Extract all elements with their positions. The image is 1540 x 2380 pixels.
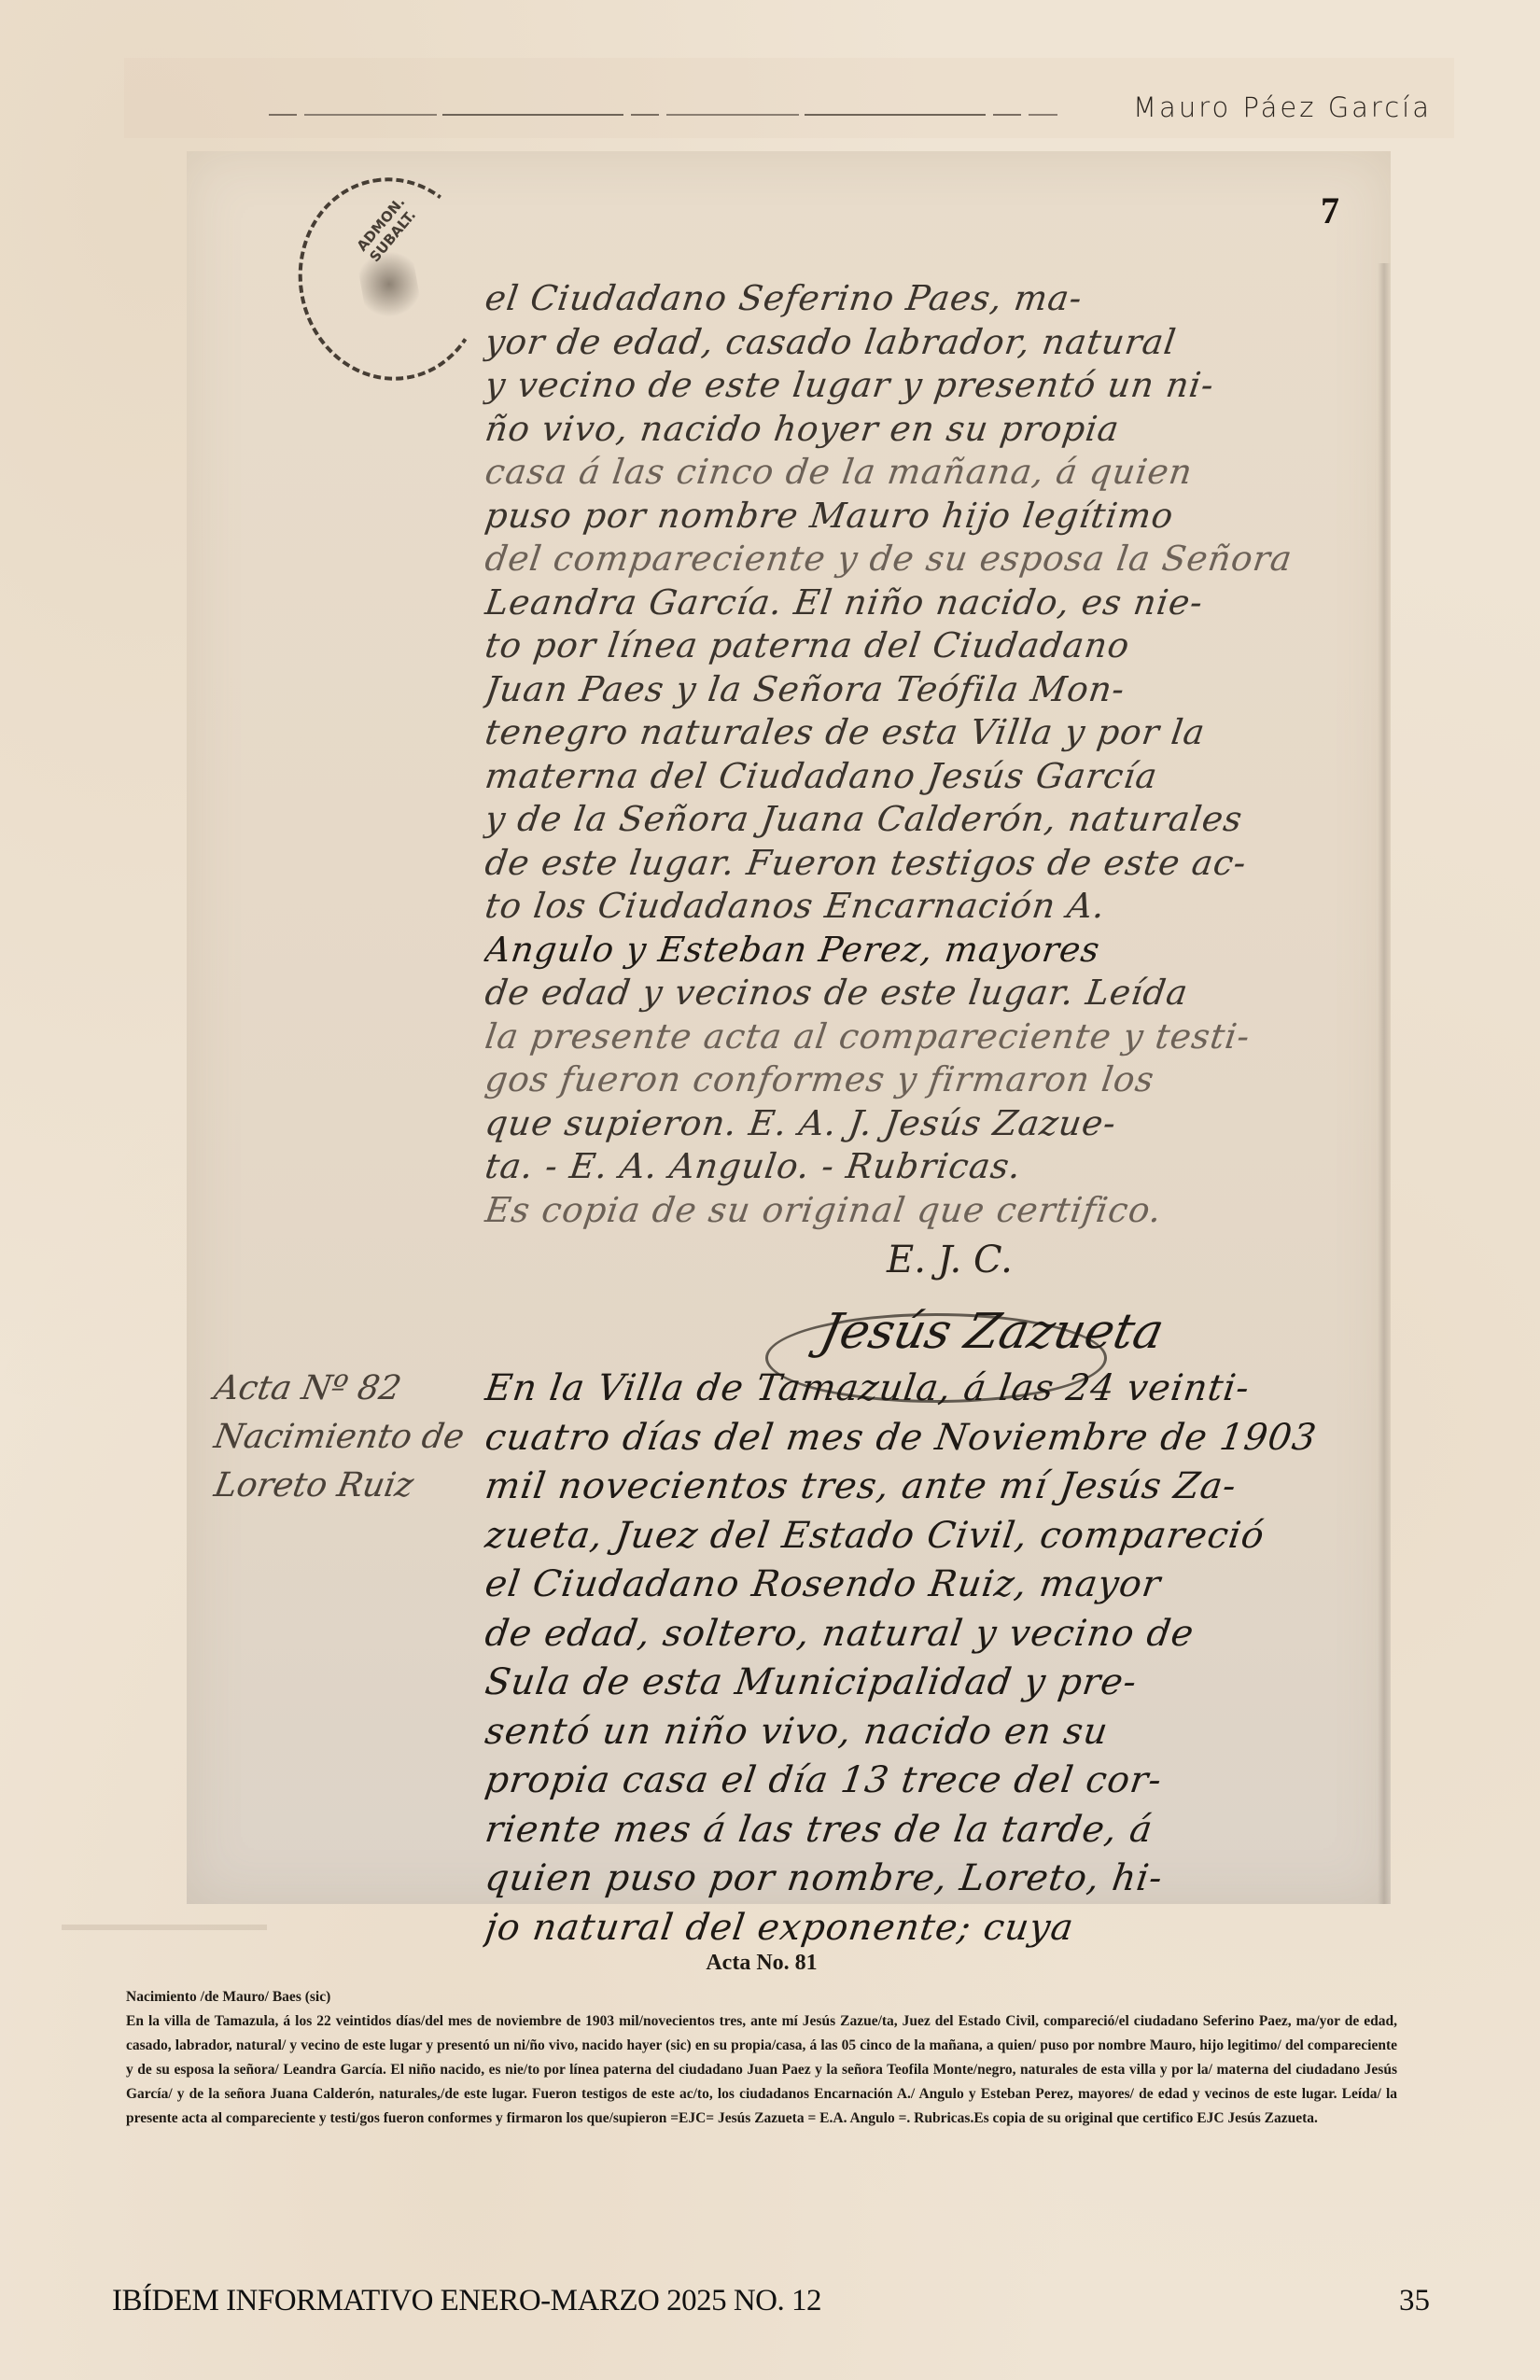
handwritten-line: quien puso por nombre, Loreto, hi- <box>482 1855 1384 1904</box>
margin-note-line: Nacimiento de <box>210 1413 498 1462</box>
second-record-text: En la Villa de Tamazula, á las 24 veinti… <box>485 1365 1381 1953</box>
footer-page-number: 35 <box>1399 2284 1430 2318</box>
header-rule <box>269 114 1057 116</box>
handwritten-line: jo natural del exponente; cuya <box>482 1904 1384 1953</box>
signature-initials: E. J. C. <box>887 1239 1013 1281</box>
running-header-author: Mauro Páez García <box>1133 91 1432 123</box>
handwritten-line: to por línea paterna del Ciudadano <box>483 624 1376 668</box>
handwritten-line: propia casa el día 13 trece del cor- <box>482 1757 1384 1806</box>
handwritten-line: de edad, soltero, natural y vecino de <box>482 1610 1384 1659</box>
handwritten-line: la presente acta al compareciente y test… <box>483 1015 1376 1059</box>
handwritten-line: sentó un niño vivo, nacido en su <box>482 1708 1384 1757</box>
footer-publication: IBÍDEM INFORMATIVO ENERO-MARZO 2025 NO. … <box>112 2284 821 2318</box>
handwritten-line: el Ciudadano Seferino Paes, ma- <box>483 277 1376 321</box>
handwritten-line: materna del Ciudadano Jesús García <box>483 755 1376 799</box>
handwritten-line: gos fueron conformes y firmaron los <box>483 1058 1376 1102</box>
handwritten-line: yor de edad, casado labrador, natural <box>483 321 1376 365</box>
margin-note-line: Acta Nº 82 <box>210 1365 498 1413</box>
handwritten-line: to los Ciudadanos Encarnación A. <box>483 885 1376 929</box>
handwritten-page-number: 7 <box>1321 189 1339 232</box>
handwritten-line: de edad y vecinos de este lugar. Leída <box>483 972 1376 1015</box>
margin-note-line: Loreto Ruiz <box>210 1462 498 1510</box>
stamp-emblem-icon <box>355 243 423 326</box>
handwritten-line: mil novecientos tres, ante mí Jesús Za- <box>482 1463 1384 1512</box>
handwritten-line: En la Villa de Tamazula, á las 24 veinti… <box>482 1365 1384 1414</box>
handwritten-line: Juan Paes y la Señora Teófila Mon- <box>483 668 1376 712</box>
handwritten-line: de este lugar. Fueron testigos de este a… <box>483 842 1376 886</box>
handwritten-line: casa á las cinco de la mañana, á quien <box>483 451 1376 495</box>
decorative-edge-line <box>62 1925 267 1930</box>
handwritten-line: ta. - E. A. Angulo. - Rubricas. <box>483 1145 1376 1189</box>
handwritten-line: el Ciudadano Rosendo Ruiz, mayor <box>482 1561 1384 1610</box>
handwritten-line: Es copia de su original que certifico. <box>483 1189 1376 1233</box>
transcription-subtitle: Nacimiento /de Mauro/ Baes (sic) <box>126 1989 1397 2006</box>
handwritten-line: que supieron. E. A. J. Jesús Zazue- <box>483 1102 1376 1146</box>
handwritten-line: y vecino de este lugar y presentó un ni- <box>483 364 1376 408</box>
handwritten-line: Angulo y Esteban Perez, mayores <box>483 929 1376 973</box>
handwritten-line: ño vivo, nacido hoyer en su propia <box>483 408 1376 452</box>
handwritten-document-image: ADMON. SUBALT. 7 el Ciudadano Seferino P… <box>187 151 1391 1904</box>
handwritten-line: Leandra García. El niño nacido, es nie- <box>483 581 1376 625</box>
margin-note: Acta Nº 82 Nacimiento de Loreto Ruiz <box>215 1365 495 1510</box>
handwritten-line: zueta, Juez del Estado Civil, compareció <box>482 1512 1384 1561</box>
official-stamp-icon: ADMON. SUBALT. <box>283 162 500 395</box>
transcription-block: Acta No. 81 Nacimiento /de Mauro/ Baes (… <box>126 1951 1397 2131</box>
handwritten-line: puso por nombre Mauro hijo legítimo <box>483 495 1376 539</box>
transcription-title: Acta No. 81 <box>126 1951 1397 1976</box>
handwritten-line: del compareciente y de su esposa la Seño… <box>483 538 1376 581</box>
handwritten-line: y de la Señora Juana Calderón, naturales <box>483 798 1376 842</box>
transcription-body: En la villa de Tamazula, á los 22 veinti… <box>126 2009 1397 2131</box>
signature-name: Jesús Zazueta <box>816 1304 1169 1360</box>
handwritten-line: cuatro días del mes de Noviembre de 1903 <box>482 1414 1384 1463</box>
handwritten-line: Sula de esta Municipalidad y pre- <box>482 1659 1384 1708</box>
first-record-text: el Ciudadano Seferino Paes, ma- yor de e… <box>485 277 1372 1232</box>
handwritten-line: riente mes á las tres de la tarde, á <box>482 1806 1384 1855</box>
handwritten-line: tenegro naturales de esta Villa y por la <box>483 711 1376 755</box>
